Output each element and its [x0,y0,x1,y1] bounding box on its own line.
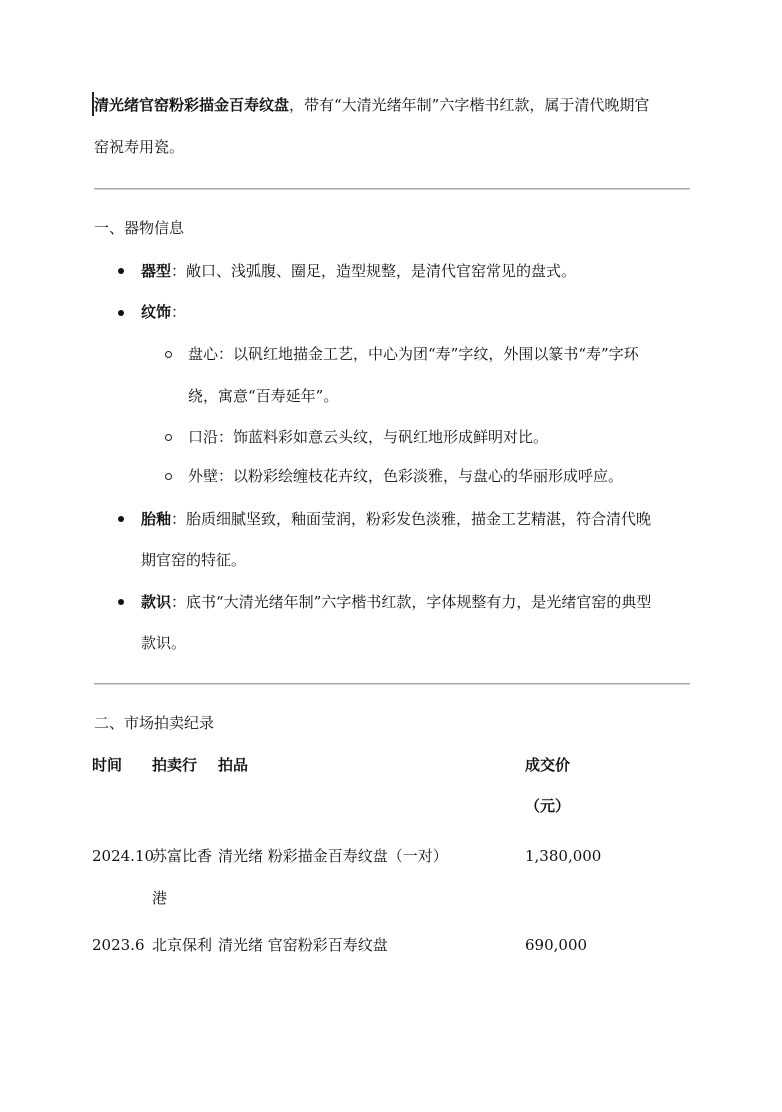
intro-text: ，带有“大清光绪年制”六字楷书红款，属于清代晚期官 [289,96,649,114]
table-cell-house-cont: 港 [152,888,167,908]
table-header-lot: 拍品 [218,755,248,775]
bullet-disc-icon [118,268,124,274]
table-cell-price: 1,380,000 [525,846,601,866]
section-heading-item-info: 一、器物信息 [94,218,184,238]
bullet-circle-icon [165,434,172,441]
sub-item-text: ：以矾红地描金工艺，中心为团“寿”字纹，外围以篆书“寿”字环 [218,345,639,363]
sub-item-text: ：以粉彩绘缠枝花卉纹，色彩淡雅，与盘心的华丽形成呼应。 [218,467,623,485]
list-item-body-glaze-line-1[interactable]: 胎釉：胎质细腻坚致，釉面莹润，粉彩发色淡雅，描金工艺精湛，符合清代晚 [141,509,651,529]
table-header-house: 拍卖行 [152,755,197,775]
item-text: ： [171,303,186,321]
intro-line-2[interactable]: 窑祝寿用瓷。 [94,137,184,157]
sub-item-center-line-1[interactable]: 盘心：以矾红地描金工艺，中心为团“寿”字纹，外围以篆书“寿”字环 [188,344,639,364]
list-item-decoration[interactable]: 纹饰： [141,302,186,322]
list-item-body-glaze-line-2[interactable]: 期官窑的特征。 [141,550,246,570]
table-cell-price: 690,000 [525,935,587,955]
item-text: ：胎质细腻坚致，釉面莹润，粉彩发色淡雅，描金工艺精湛，符合清代晚 [171,510,651,528]
table-cell-house: 苏富比香 [152,846,212,866]
list-item-mark-line-1[interactable]: 款识：底书“大清光绪年制”六字楷书红款，字体规整有力，是光绪官窑的典型 [141,592,651,612]
document-page[interactable]: 清光绪官窑粉彩描金百寿纹盘，带有“大清光绪年制”六字楷书红款，属于清代晚期官 窑… [0,0,782,1112]
list-item-shape[interactable]: 器型：敞口、浅弧腹、圈足，造型规整，是清代官窑常见的盘式。 [141,261,576,281]
table-header-time: 时间 [92,755,122,775]
item-label: 器型 [141,262,171,280]
item-label: 纹饰 [141,303,171,321]
section-heading-auction: 二、市场拍卖纪录 [94,713,214,733]
sub-item-label: 口沿 [188,428,218,446]
sub-item-label: 盘心 [188,345,218,363]
item-text: ：敞口、浅弧腹、圈足，造型规整，是清代官窑常见的盘式。 [171,262,576,280]
item-label: 款识 [141,593,171,611]
sub-item-label: 外壁 [188,467,218,485]
item-label: 胎釉 [141,510,171,528]
horizontal-rule [94,188,690,190]
table-header-price: 成交价 [525,755,570,775]
sub-item-exterior[interactable]: 外壁：以粉彩绘缠枝花卉纹，色彩淡雅，与盘心的华丽形成呼应。 [188,466,623,486]
bullet-disc-icon [118,516,124,522]
table-cell-lot: 清光绪 官窑粉彩百寿纹盘 [218,935,388,955]
table-cell-time: 2023.6 [92,935,145,955]
intro-title: 清光绪官窑粉彩描金百寿纹盘 [94,96,289,114]
sub-item-text: ：饰蓝料彩如意云头纹，与矾红地形成鲜明对比。 [218,428,548,446]
item-text: ：底书“大清光绪年制”六字楷书红款，字体规整有力，是光绪官窑的典型 [171,593,651,611]
horizontal-rule [94,683,690,685]
bullet-disc-icon [118,310,124,316]
intro-line-1[interactable]: 清光绪官窑粉彩描金百寿纹盘，带有“大清光绪年制”六字楷书红款，属于清代晚期官 [94,95,649,115]
table-header-price-unit: （元） [525,796,570,816]
bullet-disc-icon [118,599,124,605]
table-cell-house: 北京保利 [152,935,212,955]
bullet-circle-icon [165,473,172,480]
list-item-mark-line-2[interactable]: 款识。 [141,633,186,653]
table-cell-time: 2024.10 [92,846,154,866]
bullet-circle-icon [165,351,172,358]
table-cell-lot: 清光绪 粉彩描金百寿纹盘（一对） [218,846,448,866]
sub-item-center-line-2[interactable]: 绕，寓意“百寿延年”。 [188,386,338,406]
sub-item-rim[interactable]: 口沿：饰蓝料彩如意云头纹，与矾红地形成鲜明对比。 [188,427,548,447]
